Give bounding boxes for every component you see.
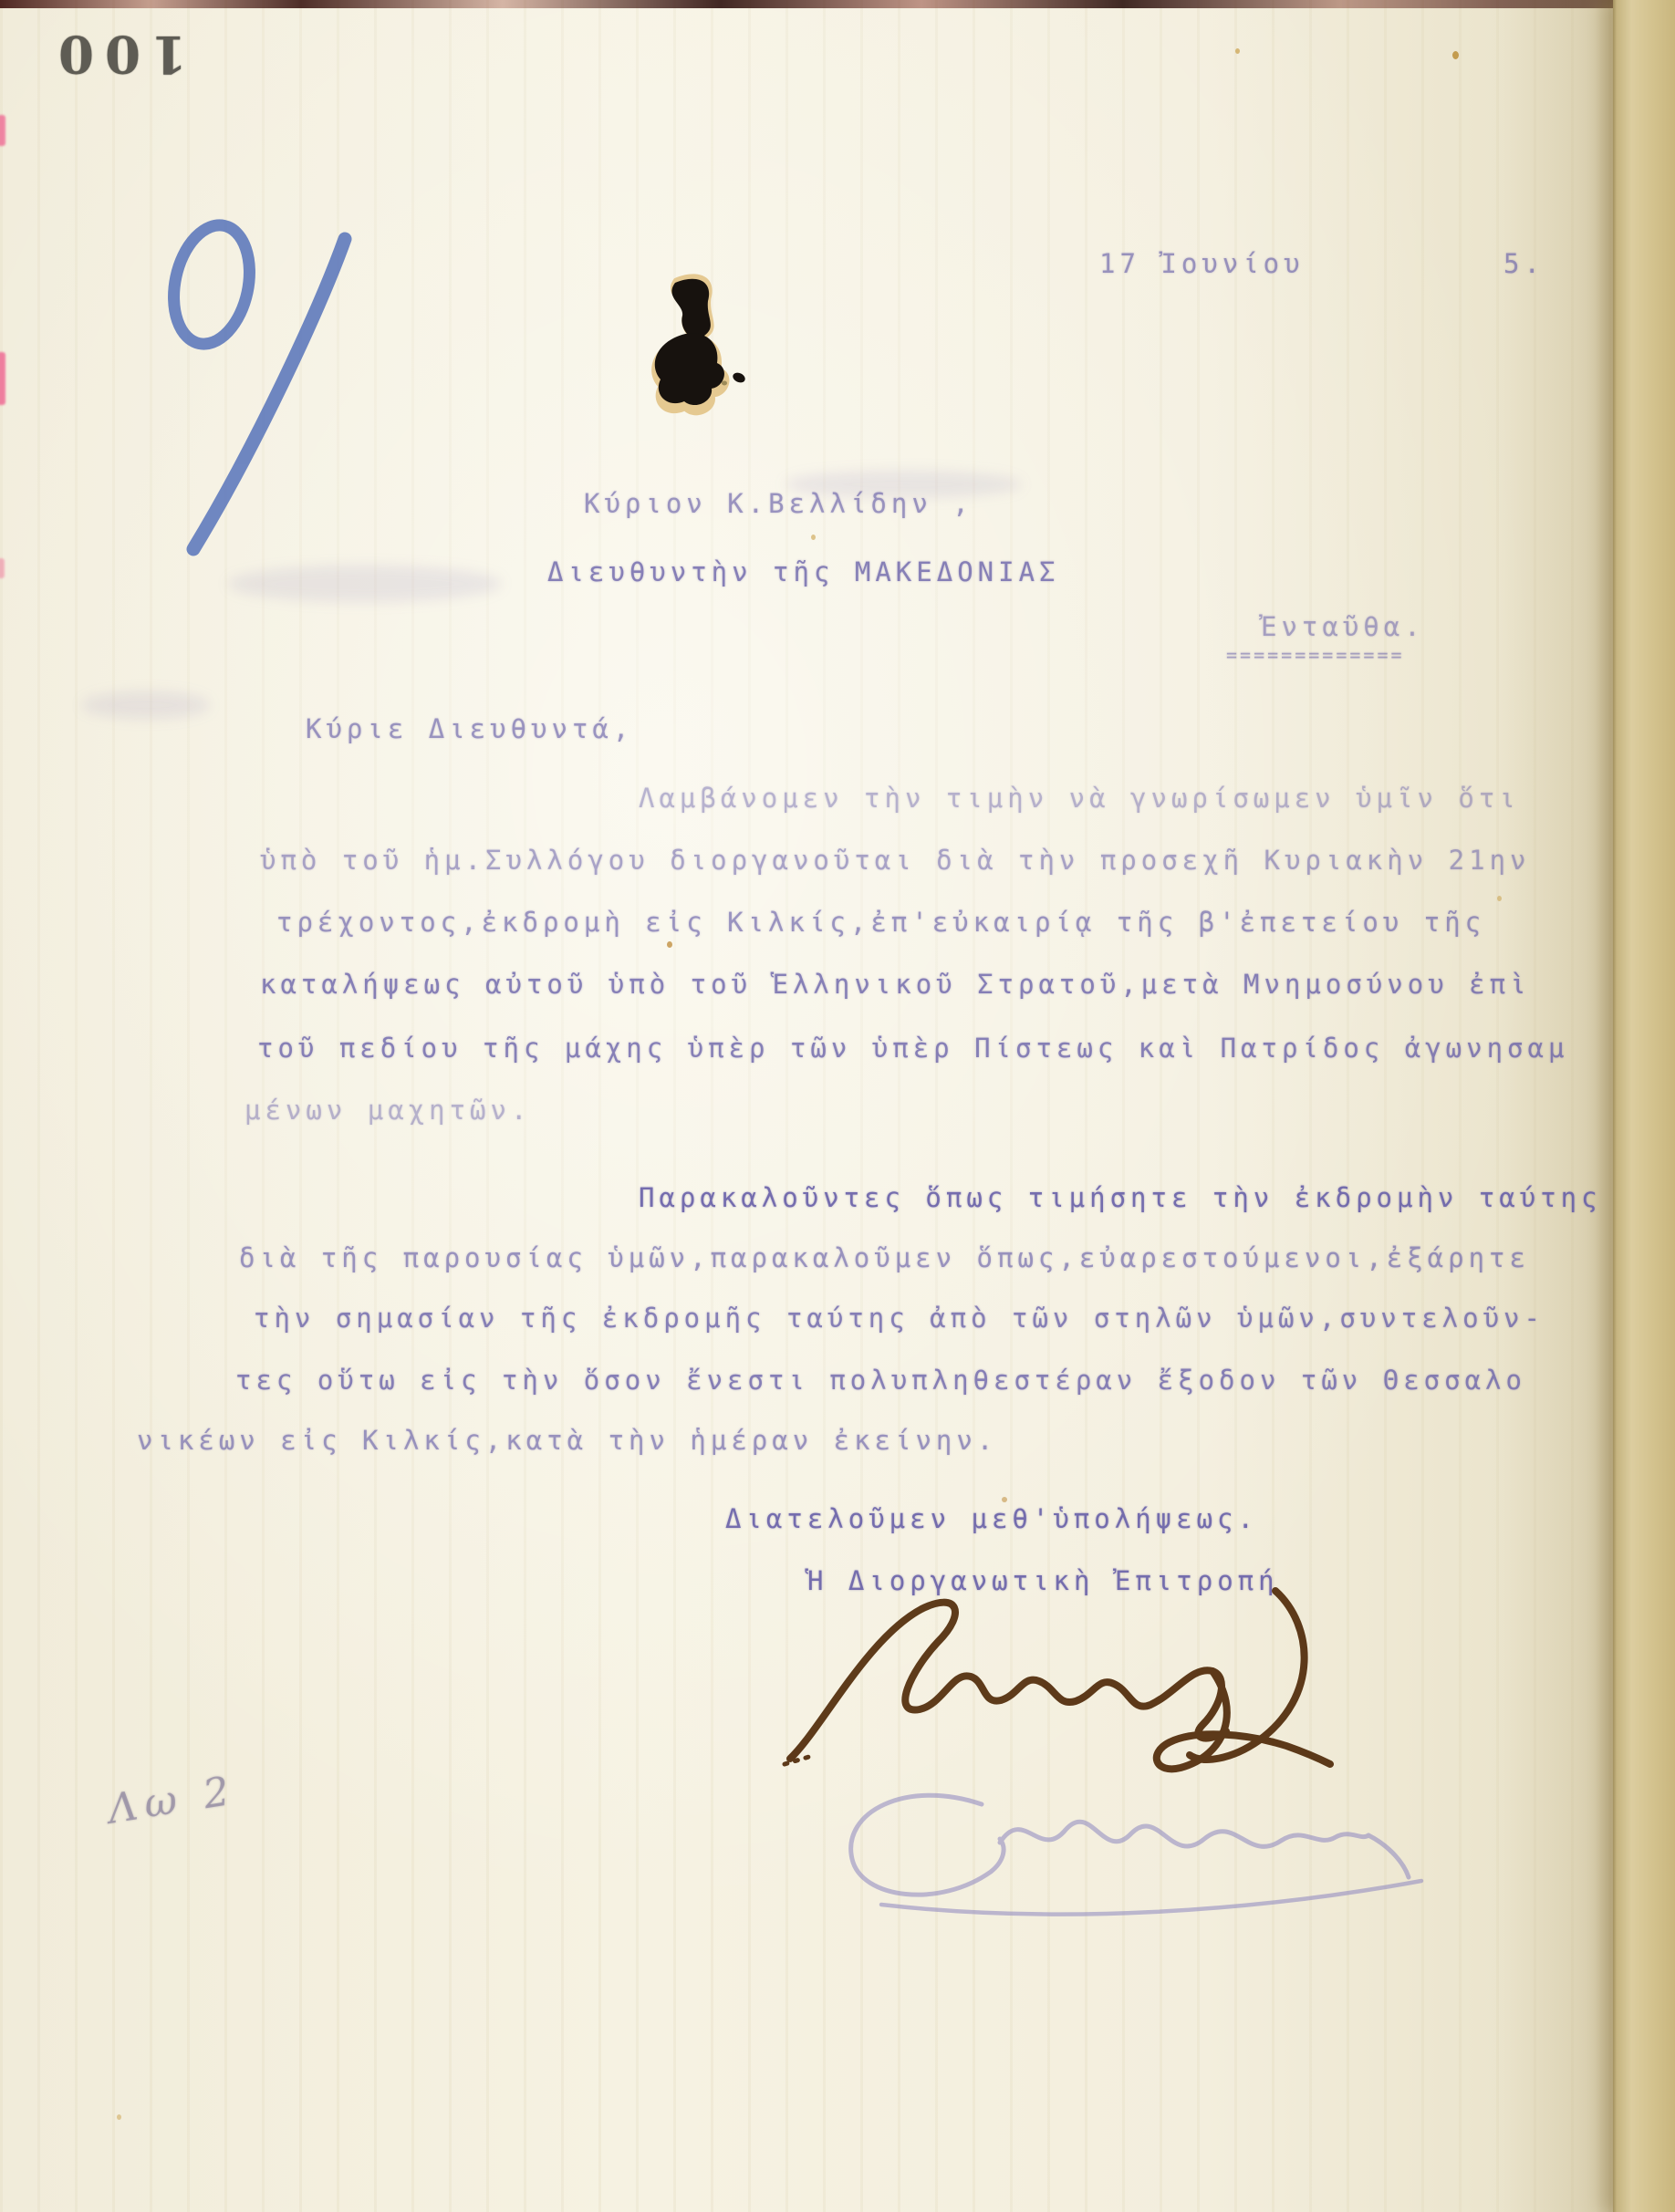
signature-violet-ink — [819, 1775, 1449, 1935]
paper-speck — [811, 535, 816, 540]
paper-speck — [667, 941, 672, 948]
typed-line: μένων μαχητῶν. — [244, 1095, 531, 1126]
signature-brown-ink — [783, 1585, 1339, 1781]
typed-line: τοῦ πεδίου τῆς μάχης ὑπὲρ τῶν ὑπὲρ Πίστε… — [257, 1033, 1568, 1064]
typed-line: τες οὕτω εἰς τὴν ὅσον ἔνεστι πολυπληθεστ… — [235, 1365, 1526, 1396]
ink-blot — [637, 274, 765, 429]
underlying-page-edge — [1613, 0, 1675, 2212]
typed-line: τὴν σημασίαν τῆς ἐκδρομῆς ταύτης ἀπὸ τῶν… — [254, 1303, 1545, 1334]
typed-line: καταλήψεως αὐτοῦ ὑπὸ τοῦ Ἑλληνικοῦ Στρατ… — [260, 969, 1531, 1000]
date-day-month: 17 Ἰουνίου — [1099, 248, 1305, 279]
recipient-location: Ἐνταῦθα. — [1261, 611, 1425, 642]
paper-speck — [1002, 1497, 1007, 1502]
pencil-annotation: Λω 2 — [105, 1767, 240, 1833]
paper-speck — [1497, 896, 1502, 901]
typed-line: Λαμβάνομεν τὴν τιμὴν νὰ γνωρίσωμεν ὑμῖν … — [639, 783, 1520, 814]
paper-speck — [1452, 51, 1459, 59]
letter-scan-page: 100 17 Ἰουνίου 5. Κύριον Κ.Βελλίδην , Δι… — [0, 0, 1675, 2212]
recipient-name: Κύριον Κ.Βελλίδην , — [584, 488, 973, 519]
pink-edge-fleck — [0, 352, 5, 405]
pink-edge-fleck — [0, 558, 5, 578]
ink-ghost-smudge — [82, 691, 210, 719]
typed-line: τρέχοντος,ἐκδρομὴ εἰς Κιλκίς,ἐπ'εὐκαιρίᾳ… — [276, 907, 1485, 938]
typed-line: ὑπὸ τοῦ ἡμ.Συλλόγου διοργανοῦται διὰ τὴν… — [260, 845, 1531, 876]
closing-line: Διατελοῦμεν μεθ'ὑπολήψεως. — [725, 1503, 1258, 1534]
typed-line: διὰ τῆς παρουσίας ὑμῶν,παρακαλοῦμεν ὅπως… — [239, 1242, 1530, 1273]
archive-page-number-stamp: 100 — [47, 24, 187, 84]
typed-line: νικέων εἰς Κιλκίς,κατὰ τὴν ἡμέραν ἐκείνη… — [137, 1425, 997, 1456]
typed-line: Παρακαλοῦντες ὅπως τιμήσητε τὴν ἐκδρομὴν… — [639, 1182, 1602, 1213]
page-curl-shadow — [1496, 0, 1613, 2212]
paper-speck — [1235, 48, 1240, 54]
recipient-title: Διευθυντὴν τῆς ΜΑΚΕΔΟΝΙΑΣ — [547, 556, 1060, 587]
pink-edge-fleck — [0, 115, 5, 146]
date-year-fragment: 5. — [1503, 248, 1545, 279]
recipient-underline: ============= — [1226, 644, 1405, 666]
scan-top-edge — [0, 0, 1675, 8]
paper-speck — [117, 2114, 121, 2120]
blue-crayon-mark — [146, 210, 383, 575]
salutation: Κύριε Διευθυντά, — [306, 713, 633, 744]
